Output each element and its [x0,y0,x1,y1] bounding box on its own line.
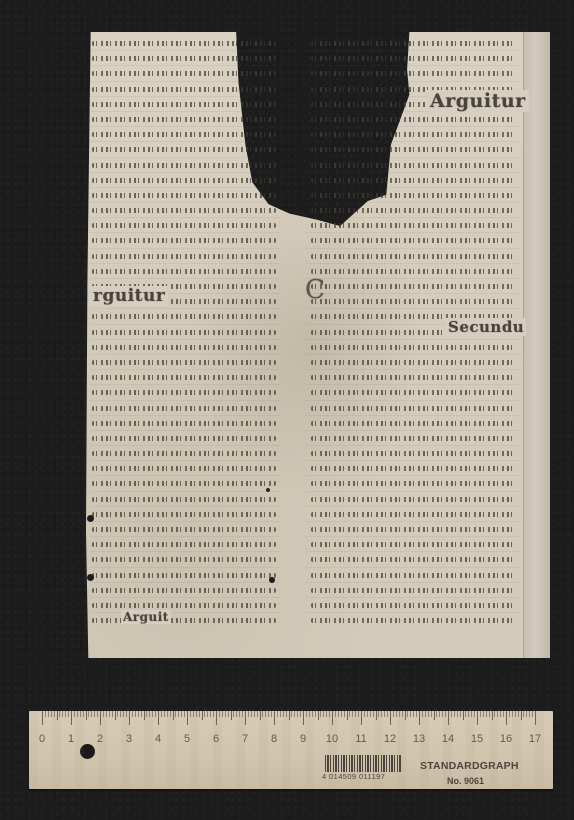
ruler-tick [88,711,89,717]
ruler-tick [91,711,92,717]
script-line [90,476,280,491]
ruler-tick [523,711,524,717]
ruler-tick [474,711,475,717]
script-line [90,461,280,476]
heading-secundum: Secundu [446,318,526,336]
ruler-tick [323,711,324,717]
ruler-tick [57,711,58,720]
parchment-hole [266,488,270,492]
ruler-tick [216,711,217,725]
ruler-tick [149,711,150,717]
ruler-cm-label: 17 [529,733,541,745]
script-line [90,127,280,142]
heading-arguitur-top: Arguitur [427,90,529,112]
ruler-tick [144,711,145,720]
ruler-tick [390,711,391,725]
ruler-tick [373,711,374,717]
script-line [305,568,520,583]
measuring-ruler: 01234567891011121314151617 4 014509 0111… [29,711,553,789]
ruler-tick [378,711,379,717]
ruler-tick [529,711,530,717]
ruler-tick [465,711,466,717]
ruler-tick [132,711,133,717]
ruler-tick [521,711,522,720]
ruler-cm-label: 8 [271,733,277,745]
ruler-tick [445,711,446,717]
ruler-tick [489,711,490,717]
ruler-tick [45,711,46,717]
script-line [305,173,520,188]
ruler-tick [202,711,203,720]
ruler-tick [352,711,353,717]
ruler-tick [332,711,333,725]
ruler-tick [364,711,365,717]
ruler-tick [416,711,417,717]
ruler-tick [526,711,527,717]
script-line [90,537,280,552]
ruler-tick [173,711,174,720]
parchment-hole [87,574,94,581]
script-line [305,401,520,416]
script-line [90,249,280,264]
ruler-tick [303,711,304,725]
ruler-tick [228,711,229,717]
script-line [90,492,280,507]
ruler-tick [486,711,487,717]
ruler-tick [120,711,121,717]
ruler-brand: STANDARDGRAPH [420,760,519,772]
ruler-tick [167,711,168,717]
ruler-tick [439,711,440,717]
script-line [305,51,520,66]
ruler-tick [236,711,237,717]
ruler-tick [402,711,403,717]
script-line [305,203,520,218]
ruler-tick [358,711,359,717]
parchment-hole [269,577,275,583]
ruler-tick [410,711,411,717]
script-line [90,203,280,218]
ruler-cm-label: 0 [39,733,45,745]
ruler-tick [271,711,272,717]
script-line [90,309,280,324]
ruler-tick [431,711,432,717]
ruler-tick [407,711,408,717]
script-line [90,112,280,127]
ruler-tick [280,711,281,717]
ruler-tick [376,711,377,720]
ruler-tick [367,711,368,717]
ruler-tick [291,711,292,717]
ruler-tick [117,711,118,717]
ruler-tick [170,711,171,717]
initial-c-letter: C [305,275,325,305]
script-line [305,507,520,522]
ruler-cm-label: 12 [384,733,396,745]
script-line [305,340,520,355]
ruler-tick [468,711,469,717]
script-line [90,370,280,385]
script-line [90,401,280,416]
ruler-tick [300,711,301,717]
ruler-tick [158,711,159,725]
ruler-tick [231,711,232,720]
ruler-tick [419,711,420,725]
ruler-tick [413,711,414,717]
script-line [305,158,520,173]
ruler-tick [248,711,249,717]
script-line [305,416,520,431]
ruler-tick [315,711,316,717]
ruler-tick [405,711,406,720]
ruler-tick [141,711,142,717]
script-line [90,188,280,203]
ruler-tick [283,711,284,717]
script-line [305,218,520,233]
ruler-tick [71,711,72,725]
ruler-tick [86,711,87,720]
photo-scene: Arguitur rguitur Secundu Arguit C 012345… [0,0,574,820]
manuscript-left-column [90,36,280,626]
script-line [305,583,520,598]
script-line [305,264,520,279]
ruler-tick [355,711,356,717]
script-line [90,218,280,233]
script-line [90,97,280,112]
ruler-tick [135,711,136,717]
ruler-tick [178,711,179,717]
ruler-tick [181,711,182,717]
script-line [305,370,520,385]
ruler-tick [500,711,501,717]
script-line [90,446,280,461]
ruler-tick [242,711,243,717]
ruler-tick [457,711,458,717]
ruler-tick [347,711,348,720]
ruler-tick [277,711,278,717]
ruler-tick [312,711,313,717]
script-line [90,552,280,567]
ruler-tick [480,711,481,717]
ruler-cm-label: 3 [126,733,132,745]
ruler-tick [532,711,533,717]
script-line [90,583,280,598]
script-line [305,613,520,626]
ruler-tick [535,711,536,725]
ruler-tick [497,711,498,717]
barcode-icon [325,755,401,772]
ruler-tick [349,711,350,717]
ruler-tick [184,711,185,717]
script-line [90,66,280,81]
ruler-cm-label: 13 [413,733,425,745]
ruler-tick [518,711,519,717]
ruler-tick [251,711,252,717]
ruler-cm-label: 4 [155,733,161,745]
barcode-number: 4 014509 011197 [322,772,385,781]
script-line [305,127,520,142]
ruler-cm-label: 16 [500,733,512,745]
ruler-cm-label: 9 [300,733,306,745]
script-line [305,537,520,552]
heading-arguitur-bottom: Arguit [121,610,171,624]
ruler-tick [361,711,362,725]
ruler-tick [425,711,426,717]
script-line [305,598,520,613]
ruler-tick [103,711,104,717]
ruler-tick [112,711,113,717]
script-line [305,294,520,309]
script-line [305,249,520,264]
ruler-tick [326,711,327,717]
ruler-tick [341,711,342,717]
ruler-tick [260,711,261,720]
ruler-tick [306,711,307,717]
ruler-tick [335,711,336,717]
ruler-tick [254,711,255,717]
ruler-tick [68,711,69,717]
ruler-tick [294,711,295,717]
ruler-tick [286,711,287,717]
ruler-tick [381,711,382,717]
script-line [305,355,520,370]
ruler-tick [48,711,49,717]
ruler-hang-hole [80,744,95,759]
ruler-tick [515,711,516,717]
ruler-tick [422,711,423,717]
ruler-tick [434,711,435,720]
ruler-tick [123,711,124,717]
manuscript-fold-strip [523,32,550,658]
script-line [90,613,280,626]
ruler-cm-label: 1 [68,733,74,745]
ruler-tick [442,711,443,717]
ruler-tick [193,711,194,717]
ruler-tick [451,711,452,717]
ruler-tick [59,711,60,717]
ruler-tick [338,711,339,717]
ruler-tick [460,711,461,717]
script-line [305,476,520,491]
script-line [90,568,280,583]
ruler-tick [274,711,275,725]
ruler-cm-label: 6 [213,733,219,745]
ruler-tick [100,711,101,725]
script-line [90,340,280,355]
ruler-tick [115,711,116,720]
ruler-tick [106,711,107,717]
ruler-tick [370,711,371,717]
ruler-tick [428,711,429,717]
ruler-tick [436,711,437,717]
script-line [90,385,280,400]
ruler-tick [344,711,345,717]
ruler-tick [387,711,388,717]
script-line [305,188,520,203]
ruler-tick [503,711,504,717]
ruler-tick [318,711,319,720]
ruler-tick [509,711,510,717]
script-line [90,355,280,370]
ruler-tick [83,711,84,717]
ruler-tick [54,711,55,717]
ruler-tick [146,711,147,717]
ruler-tick [512,711,513,717]
script-line [90,522,280,537]
ruler-tick [257,711,258,717]
ruler-tick [289,711,290,720]
ruler-tick [94,711,95,717]
script-line [305,112,520,127]
ruler-tick [471,711,472,717]
script-line [305,233,520,248]
script-line [305,461,520,476]
ruler-tick [62,711,63,717]
ruler-tick [152,711,153,717]
ruler-tick [320,711,321,717]
ruler-cm-label: 15 [471,733,483,745]
ruler-tick [329,711,330,717]
ruler-tick [175,711,176,717]
ruler-ticks: 01234567891011121314151617 [42,711,542,733]
script-line [90,82,280,97]
ruler-tick [207,711,208,717]
ruler-tick [80,711,81,717]
ruler-tick [448,711,449,725]
ruler-tick [454,711,455,717]
ruler-tick [213,711,214,717]
ruler-tick [384,711,385,717]
ruler-tick [477,711,478,725]
ruler-tick [463,711,464,720]
ruler-tick [190,711,191,717]
ruler-cm-label: 10 [326,733,338,745]
ruler-tick [222,711,223,717]
script-line [90,325,280,340]
ruler-tick [225,711,226,717]
ruler-tick [51,711,52,717]
script-line [305,446,520,461]
script-line [90,416,280,431]
parchment-hole [87,515,94,522]
ruler-tick [265,711,266,717]
script-line [90,142,280,157]
script-line [90,507,280,522]
ruler-tick [492,711,493,720]
script-line [90,598,280,613]
ruler-tick [74,711,75,717]
ruler-tick [204,711,205,717]
ruler-tick [199,711,200,717]
ruler-tick [396,711,397,717]
ruler-tick [161,711,162,717]
ruler-tick [210,711,211,717]
script-line [90,51,280,66]
script-line [305,142,520,157]
ruler-tick [245,711,246,725]
ruler-tick [262,711,263,717]
ruler-cm-label: 2 [97,733,103,745]
ruler-tick [219,711,220,717]
script-line [305,36,520,51]
script-line [305,385,520,400]
ruler-tick [297,711,298,717]
script-line [305,66,520,81]
ruler-tick [126,711,127,717]
ruler-tick [309,711,310,717]
script-line [90,36,280,51]
ruler-tick [239,711,240,717]
ruler-tick [155,711,156,717]
ruler-model: No. 9061 [447,776,484,786]
script-line [90,233,280,248]
ruler-tick [187,711,188,725]
ruler-tick [77,711,78,717]
ruler-tick [268,711,269,717]
ruler-tick [138,711,139,717]
script-line [90,158,280,173]
ruler-cm-label: 5 [184,733,190,745]
ruler-tick [494,711,495,717]
script-line [305,279,520,294]
ruler-tick [399,711,400,717]
script-line [90,431,280,446]
ruler-tick [97,711,98,717]
ruler-tick [506,711,507,725]
ruler-tick [65,711,66,717]
script-line [305,492,520,507]
script-line [305,431,520,446]
script-line [90,264,280,279]
ruler-tick [233,711,234,717]
ruler-tick [164,711,165,717]
ruler-tick [393,711,394,717]
ruler-tick [42,711,43,725]
script-line [305,552,520,567]
ruler-tick [109,711,110,717]
ruler-tick [196,711,197,717]
script-line [305,522,520,537]
ruler-tick [129,711,130,725]
script-line [90,173,280,188]
ruler-cm-label: 7 [242,733,248,745]
ruler-cm-label: 14 [442,733,454,745]
ruler-tick [483,711,484,717]
ruler-cm-label: 11 [355,733,366,745]
heading-arguitur-mid: rguitur [90,286,168,306]
